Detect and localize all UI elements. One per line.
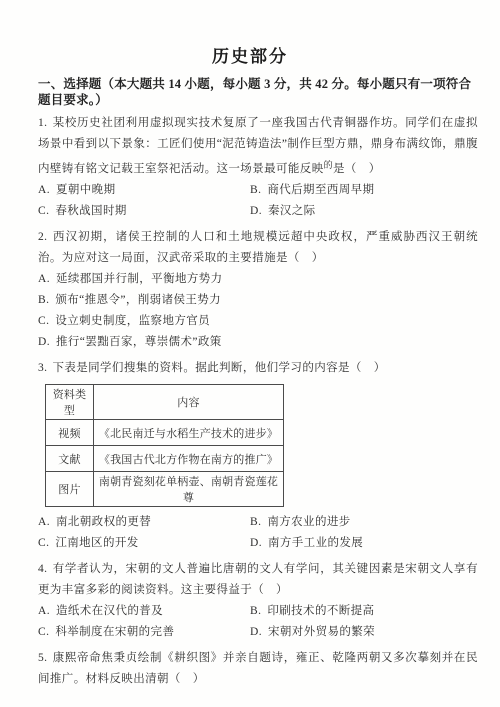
question-number: 4.	[38, 563, 47, 575]
question-number: 1.	[38, 117, 47, 129]
materials-table: 资料类型 内容 视频 《北民南迁与水稻生产技术的进步》 文献 《我国古代北方作物…	[45, 384, 284, 507]
question-text: 有学者认为，宋朝的文人普遍比唐朝的文人有学问，其关键因素是宋朝文人享有更为丰富多…	[38, 563, 478, 596]
option-label: A.	[38, 516, 50, 528]
superscript-de: 的	[324, 160, 333, 170]
option-c: C.设立刺史制度，监察地方官员	[38, 311, 478, 332]
option-label: D.	[250, 537, 262, 549]
question-text: 某校历史社团利用虚拟现实技术复原了一座我国古代青铜器作坊。同学们在虚拟场景中看到…	[38, 117, 478, 175]
section-heading: 一、选择题（本大题共 14 小题，每小题 3 分，共 42 分。每小题只有一项符…	[38, 76, 480, 108]
option-d: D.秦汉之际	[250, 201, 478, 222]
option-c: C.江南地区的开发	[38, 533, 250, 554]
option-d: D.推行“罢黜百家，尊崇儒术”政策	[38, 332, 478, 353]
question-text: 康熙帝命焦秉贞绘制《耕织图》并亲自题诗，雍正、乾隆两朝又多次摹刻并在民间推广。材…	[38, 652, 478, 685]
question-number: 2.	[38, 231, 47, 243]
option-text: 南北朝政权的更替	[56, 516, 151, 528]
option-text: 颁布“推恩令”，削弱诸侯王势力	[55, 294, 221, 306]
option-label: D.	[250, 626, 262, 638]
option-text: 宋朝对外贸易的繁荣	[268, 626, 375, 638]
question-4-stem: 4.有学者认为，宋朝的文人普遍比唐朝的文人有学问，其关键因素是宋朝文人享有更为丰…	[38, 559, 478, 601]
option-text: 印刷技术的不断提高	[267, 605, 374, 617]
option-text: 设立刺史制度，监察地方官员	[55, 315, 210, 327]
table-cell-content: 《我国古代北方作物在南方的推广》	[94, 446, 284, 472]
option-text: 江南地区的开发	[55, 537, 138, 549]
option-label: C.	[38, 626, 49, 638]
option-b: B.印刷技术的不断提高	[250, 601, 478, 622]
question-4-options: A.造纸术在汉代的普及 B.印刷技术的不断提高 C.科举制度在宋朝的完善 D.宋…	[38, 601, 478, 643]
option-b: B.颁布“推恩令”，削弱诸侯王势力	[38, 290, 478, 311]
option-label: B.	[38, 294, 49, 306]
option-label: B.	[250, 516, 261, 528]
option-c: C.春秋战国时期	[38, 201, 250, 222]
option-a: A.延续郡国并行制，平衡地方势力	[38, 269, 478, 290]
question-text-end: 是（ ）	[333, 163, 381, 175]
question-5: 5.康熙帝命焦秉贞绘制《耕织图》并亲自题诗，雍正、乾隆两朝又多次摹刻并在民间推广…	[38, 648, 478, 690]
option-d: D.宋朝对外贸易的繁荣	[250, 622, 478, 643]
question-2: 2.西汉初期，诸侯王控制的人口和土地规模远超中央政权，严重威胁西汉王朝统治。为应…	[38, 227, 478, 353]
table-cell-type: 视频	[46, 420, 94, 446]
question-4: 4.有学者认为，宋朝的文人普遍比唐朝的文人有学问，其关键因素是宋朝文人享有更为丰…	[38, 559, 478, 643]
question-1-stem: 1.某校历史社团利用虚拟现实技术复原了一座我国古代青铜器作坊。同学们在虚拟场景中…	[38, 113, 478, 180]
option-label: C.	[38, 205, 49, 217]
question-number: 3.	[38, 362, 47, 374]
exam-page: 历史部分 一、选择题（本大题共 14 小题，每小题 3 分，共 42 分。每小题…	[0, 0, 500, 707]
option-label: A.	[38, 273, 50, 285]
option-a: A.夏朝中晚期	[38, 180, 250, 201]
table-header-content: 内容	[94, 385, 284, 420]
question-1-options: A.夏朝中晚期 B.商代后期至西周早期 C.春秋战国时期 D.秦汉之际	[38, 180, 478, 222]
option-text: 推行“罢黜百家，尊崇儒术”政策	[56, 336, 222, 348]
table-row: 视频 《北民南迁与水稻生产技术的进步》	[46, 420, 284, 446]
option-a: A.南北朝政权的更替	[38, 512, 250, 533]
option-text: 秦汉之际	[268, 205, 316, 217]
table-cell-content: 《北民南迁与水稻生产技术的进步》	[94, 420, 284, 446]
option-text: 夏朝中晚期	[56, 184, 116, 196]
option-text: 春秋战国时期	[55, 205, 126, 217]
question-3-options: A.南北朝政权的更替 B.南方农业的进步 C.江南地区的开发 D.南方手工业的发…	[38, 512, 478, 554]
table-header-row: 资料类型 内容	[46, 385, 284, 420]
question-2-options: A.延续郡国并行制，平衡地方势力 B.颁布“推恩令”，削弱诸侯王势力 C.设立刺…	[38, 269, 478, 353]
option-label: A.	[38, 605, 50, 617]
option-label: B.	[250, 605, 261, 617]
question-5-stem: 5.康熙帝命焦秉贞绘制《耕织图》并亲自题诗，雍正、乾隆两朝又多次摹刻并在民间推广…	[38, 648, 478, 690]
table-cell-type: 图片	[46, 472, 94, 507]
page-title: 历史部分	[0, 0, 500, 67]
option-text: 延续郡国并行制，平衡地方势力	[56, 273, 223, 285]
question-1: 1.某校历史社团利用虚拟现实技术复原了一座我国古代青铜器作坊。同学们在虚拟场景中…	[38, 113, 478, 222]
option-label: A.	[38, 184, 50, 196]
option-label: B.	[250, 184, 261, 196]
question-2-stem: 2.西汉初期，诸侯王控制的人口和土地规模远超中央政权，严重威胁西汉王朝统治。为应…	[38, 227, 478, 269]
option-b: B.南方农业的进步	[250, 512, 478, 533]
option-text: 南方农业的进步	[267, 516, 350, 528]
option-label: C.	[38, 315, 49, 327]
table-row: 图片 南朝青瓷刻花单柄壶、南朝青瓷莲花尊	[46, 472, 284, 507]
option-label: D.	[250, 205, 262, 217]
option-text: 科举制度在宋朝的完善	[55, 626, 174, 638]
option-label: C.	[38, 537, 49, 549]
option-a: A.造纸术在汉代的普及	[38, 601, 250, 622]
option-label: D.	[38, 336, 50, 348]
option-text: 南方手工业的发展	[268, 537, 363, 549]
option-b: B.商代后期至西周早期	[250, 180, 478, 201]
question-3: 3.下表是同学们搜集的资料。据此判断，他们学习的内容是（ ） 资料类型 内容 视…	[38, 358, 478, 554]
option-c: C.科举制度在宋朝的完善	[38, 622, 250, 643]
table-header-type: 资料类型	[46, 385, 94, 420]
table-cell-content: 南朝青瓷刻花单柄壶、南朝青瓷莲花尊	[94, 472, 284, 507]
option-text: 造纸术在汉代的普及	[56, 605, 163, 617]
question-number: 5.	[38, 652, 47, 664]
option-d: D.南方手工业的发展	[250, 533, 478, 554]
question-text: 下表是同学们搜集的资料。据此判断，他们学习的内容是（ ）	[52, 362, 385, 374]
question-3-stem: 3.下表是同学们搜集的资料。据此判断，他们学习的内容是（ ）	[38, 358, 478, 379]
option-text: 商代后期至西周早期	[267, 184, 374, 196]
question-text: 西汉初期，诸侯王控制的人口和土地规模远超中央政权，严重威胁西汉王朝统治。为应对这…	[38, 231, 478, 264]
table-row: 文献 《我国古代北方作物在南方的推广》	[46, 446, 284, 472]
table-cell-type: 文献	[46, 446, 94, 472]
